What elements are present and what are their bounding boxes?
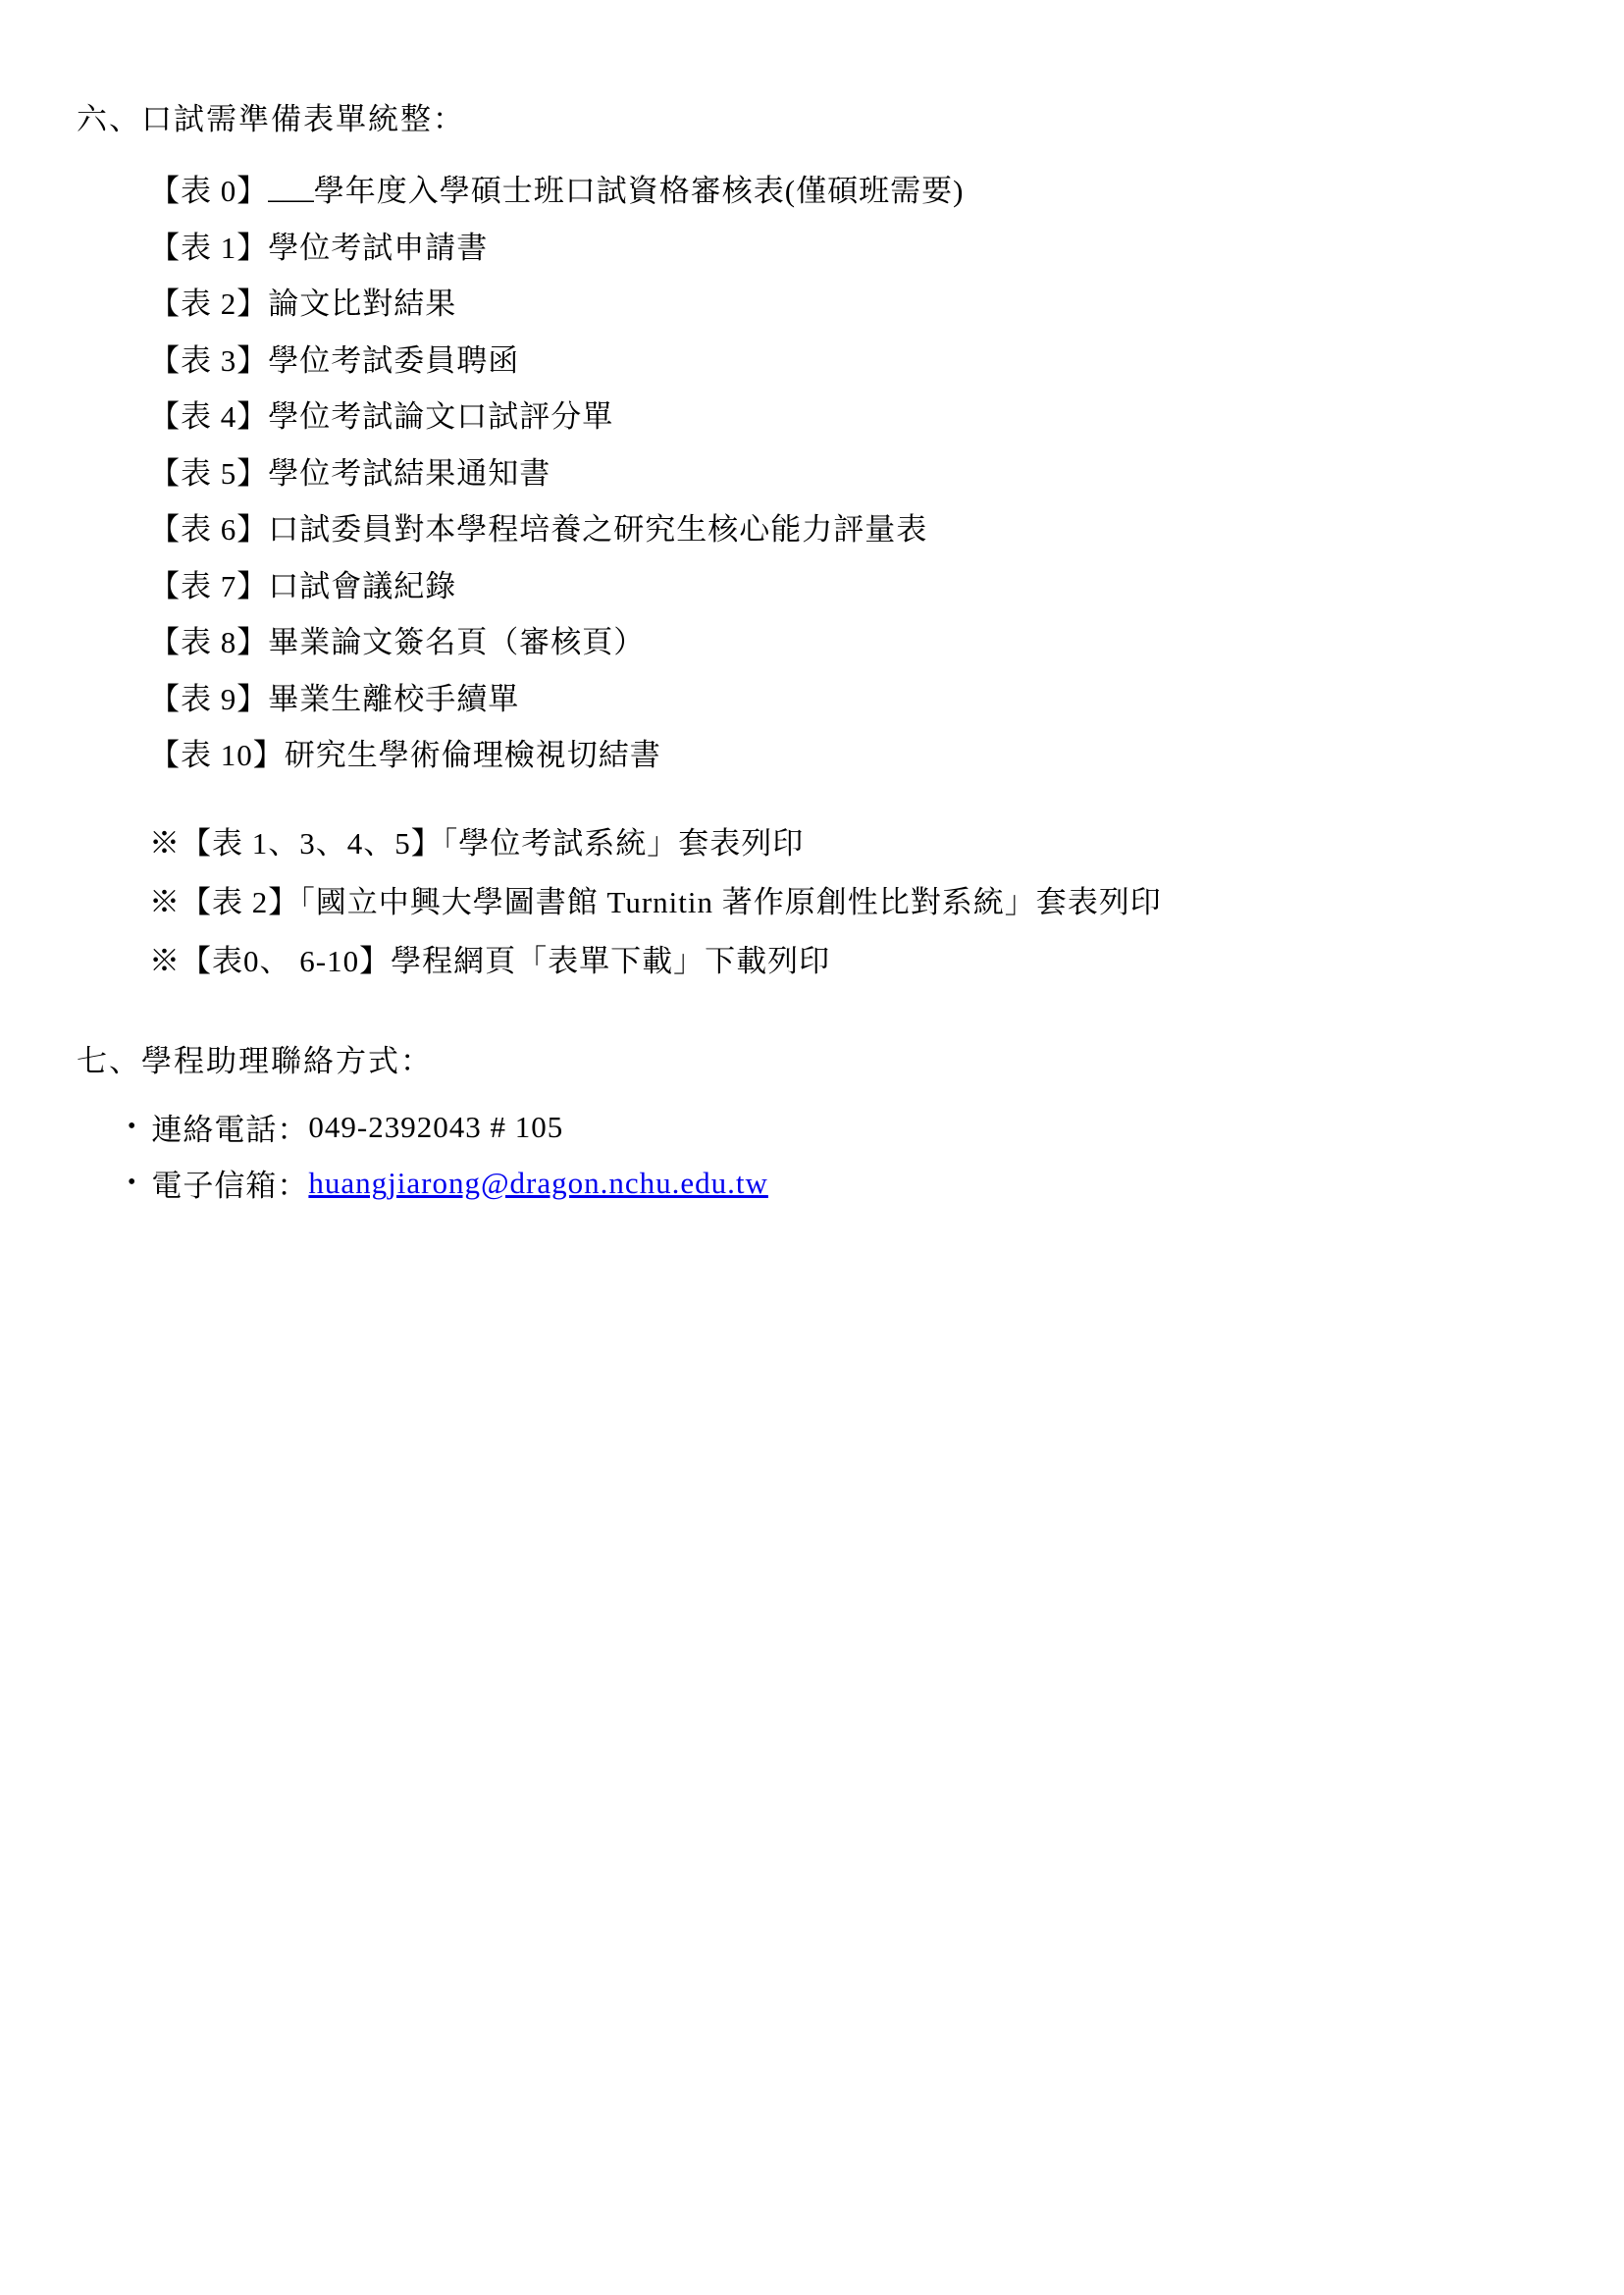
form-item-title: 研究生學術倫理檢視切結書 — [285, 730, 661, 774]
bullet-icon: • — [128, 1170, 135, 1196]
note-item-0: ※【表 1、3、4、5】「學位考試系統」套表列印 — [149, 810, 1162, 869]
form-item-0: 【表 0】___學年度入學碩士班口試資格審核表(僅碩班需要) — [149, 160, 964, 217]
form-item-1: 【表 1】學位考試申請書 — [149, 217, 964, 274]
form-item-label: 【表 9】 — [149, 674, 268, 718]
print-notes-list: ※【表 1、3、4、5】「學位考試系統」套表列印 ※【表 2】「國立中興大學圖書… — [149, 810, 1162, 987]
form-item-8: 【表 8】畢業論文簽名頁（審核頁） — [149, 611, 964, 668]
form-item-9: 【表 9】畢業生離校手續單 — [149, 668, 964, 725]
bullet-icon: • — [128, 1114, 135, 1140]
form-item-title: 口試會議紀錄 — [268, 561, 456, 605]
contact-phone-value: 049-2392043 # 105 — [308, 1110, 563, 1145]
fill-in-blank-line: ___ — [268, 171, 314, 206]
form-item-title: 學位考試論文口試評分單 — [268, 391, 613, 436]
form-item-4: 【表 4】學位考試論文口試評分單 — [149, 386, 964, 443]
note-item-2: ※【表0、 6-10】學程網頁「表單下載」下載列印 — [149, 928, 1162, 987]
contact-email-label: 電子信箱： — [151, 1161, 308, 1205]
contact-email-row: •電子信箱：huangjiarong@dragon.nchu.edu.tw — [128, 1155, 768, 1211]
form-item-5: 【表 5】學位考試結果通知書 — [149, 443, 964, 499]
contact-phone-label: 連絡電話： — [151, 1105, 308, 1149]
form-item-label: 【表 2】 — [149, 279, 268, 323]
form-item-label: 【表 5】 — [149, 448, 268, 493]
form-item-label: 【表 0】 — [149, 166, 268, 210]
form-item-3: 【表 3】學位考試委員聘函 — [149, 330, 964, 387]
form-item-label: 【表 1】 — [149, 223, 268, 267]
form-item-title: 畢業生離校手續單 — [268, 674, 519, 718]
form-item-title: 學位考試結果通知書 — [268, 448, 550, 493]
form-item-label: 【表 8】 — [149, 617, 268, 661]
form-item-10: 【表 10】研究生學術倫理檢視切結書 — [149, 724, 964, 781]
note-item-1: ※【表 2】「國立中興大學圖書館 Turnitin 著作原創性比對系統」套表列印 — [149, 869, 1162, 928]
email-link[interactable]: huangjiarong@dragon.nchu.edu.tw — [308, 1166, 767, 1201]
form-item-6: 【表 6】口試委員對本學程培養之研究生核心能力評量表 — [149, 498, 964, 555]
form-item-7: 【表 7】口試會議紀錄 — [149, 555, 964, 612]
section-6-heading: 六、口試需準備表單統整： — [77, 100, 465, 139]
section-7-heading: 七、學程助理聯絡方式： — [77, 1042, 433, 1081]
document-page: 六、口試需準備表單統整： 【表 0】___學年度入學碩士班口試資格審核表(僅碩班… — [0, 0, 1624, 2295]
contact-phone-row: •連絡電話：049-2392043 # 105 — [128, 1099, 768, 1155]
form-item-2: 【表 2】論文比對結果 — [149, 273, 964, 330]
form-item-label: 【表 4】 — [149, 391, 268, 436]
form-item-title: 論文比對結果 — [268, 279, 456, 323]
form-item-label: 【表 7】 — [149, 561, 268, 605]
form-item-label: 【表 6】 — [149, 504, 268, 548]
form-item-label: 【表 10】 — [149, 730, 285, 774]
contacts-list: •連絡電話：049-2392043 # 105 •電子信箱：huangjiaro… — [128, 1099, 768, 1211]
form-item-label: 【表 3】 — [149, 336, 268, 380]
form-item-title: 學位考試申請書 — [268, 223, 488, 267]
form-item-title: 畢業論文簽名頁（審核頁） — [268, 617, 645, 661]
form-item-title: 學年度入學碩士班口試資格審核表(僅碩班需要) — [314, 166, 965, 210]
form-item-title: 口試委員對本學程培養之研究生核心能力評量表 — [268, 504, 927, 548]
forms-list: 【表 0】___學年度入學碩士班口試資格審核表(僅碩班需要) 【表 1】學位考試… — [149, 160, 964, 781]
form-item-title: 學位考試委員聘函 — [268, 336, 519, 380]
